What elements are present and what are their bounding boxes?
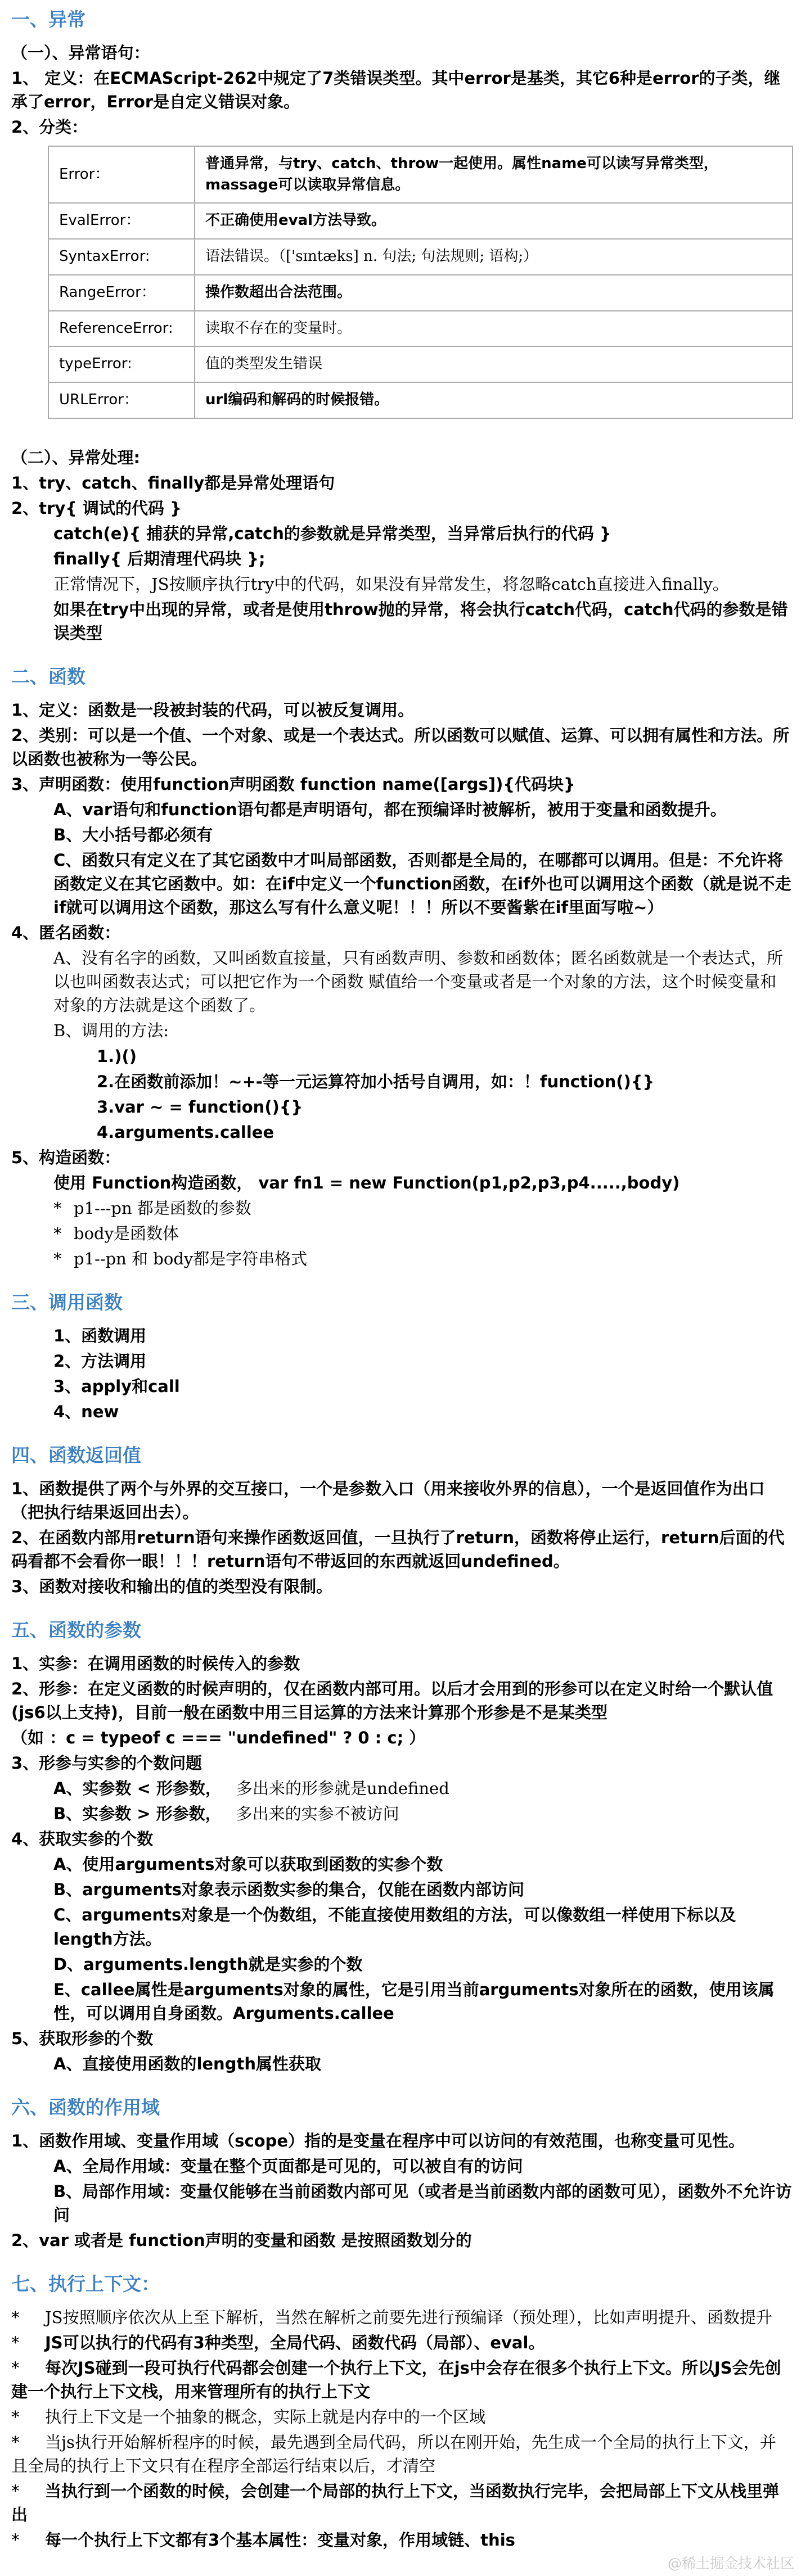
section-heading: 七、执行上下文： bbox=[0, 2272, 796, 2297]
paragraph: 3、apply和call bbox=[0, 1375, 796, 1398]
paragraph: B、arguments对象表示函数实参的集合，仅能在函数内部访问 bbox=[0, 1878, 796, 1901]
watermark: @稀土掘金技术社区 bbox=[668, 2552, 794, 2573]
paragraph: 3、形参与实参的个数问题 bbox=[0, 1751, 796, 1775]
paragraph-text: A、使用arguments对象可以获取到函数的实参个数 bbox=[53, 1855, 443, 1874]
paragraph-text: 3.var ~ = function(){} bbox=[97, 1097, 303, 1117]
paragraph: D、arguments.length就是实参的个数 bbox=[0, 1953, 796, 1976]
paragraph: （一）、异常语句： bbox=[0, 41, 796, 65]
paragraph-text: 4.arguments.callee bbox=[97, 1123, 274, 1142]
paragraph-text: 1、函数作用域、变量作用域（scope）指的是变量在程序中可以访问的有效范围，也… bbox=[11, 2131, 745, 2150]
paragraph: 2.在函数前添加！~+-等一元运算符加小括号自调用，如：！function(){… bbox=[0, 1070, 796, 1093]
paragraph-text: 正常情况下，JS按顺序执行try中的代码，如果没有异常发生，将忽略catch直接… bbox=[53, 575, 729, 594]
paragraph: E、callee属性是arguments对象的属性，它是引用当前argument… bbox=[0, 1978, 796, 2025]
paragraph: 3、函数对接收和输出的值的类型没有限制。 bbox=[0, 1575, 796, 1598]
paragraph: A、全局作用域：变量在整个页面都是可见的，可以被自有的访问 bbox=[0, 2154, 796, 2178]
paragraph-text: 1、函数调用 bbox=[53, 1326, 146, 1345]
paragraph-text: body是函数体 bbox=[74, 1224, 179, 1243]
bullet-marker: * bbox=[11, 2405, 45, 2429]
paragraph-text: 2、在函数内部用return语句来操作函数返回值，一旦执行了return，函数将… bbox=[11, 1528, 784, 1571]
section-heading: 二、函数 bbox=[0, 665, 796, 689]
paragraph: 如果在try中出现的异常，或者是使用throw抛的异常，将会执行catch代码，… bbox=[0, 598, 796, 645]
paragraph-text-light: 多出来的实参不被访问 bbox=[236, 1804, 399, 1823]
paragraph-text: 4、获取实参的个数 bbox=[11, 1829, 153, 1849]
paragraph-text: 2、分类： bbox=[11, 117, 88, 137]
paragraph: 1、函数调用 bbox=[0, 1324, 796, 1348]
bullet-marker: * bbox=[53, 1247, 74, 1271]
paragraph-text: A、直接使用函数的length属性获取 bbox=[53, 2054, 321, 2073]
paragraph: 4、获取实参的个数 bbox=[0, 1827, 796, 1851]
table-row: EvalError：不正确使用eval方法导致。 bbox=[48, 203, 793, 239]
paragraph-text: 每一个执行上下文都有3个基本属性：变量对象，作用域链、this bbox=[45, 2530, 515, 2550]
paragraph-text-light: 多出来的形参就是undefined bbox=[236, 1779, 449, 1798]
bullet-marker: * bbox=[11, 2528, 45, 2552]
error-name-cell: URLError： bbox=[48, 382, 195, 418]
section-heading: 六、函数的作用域 bbox=[0, 2096, 796, 2120]
paragraph: 2、var 或者是 function声明的变量和函数 是按照函数划分的 bbox=[0, 2229, 796, 2252]
paragraph-text: 当执行到一个函数的时候，会创建一个局部的执行上下文，当函数执行完毕，会把局部上下… bbox=[11, 2482, 779, 2524]
paragraph-text: p1---pn 都是函数的参数 bbox=[74, 1199, 251, 1218]
paragraph: 4、new bbox=[0, 1400, 796, 1423]
error-name-cell: EvalError： bbox=[48, 203, 195, 239]
paragraph: 2、方法调用 bbox=[0, 1349, 796, 1373]
section-heading: 三、调用函数 bbox=[0, 1291, 796, 1315]
paragraph-text: B、大小括号都必须有 bbox=[53, 825, 213, 844]
paragraph: finally{ 后期清理代码块 }; bbox=[0, 547, 796, 571]
paragraph: *JS按照顺序依次从上至下解析，当然在解析之前要先进行预编译（预处理），比如声明… bbox=[0, 2306, 796, 2329]
paragraph: *body是函数体 bbox=[0, 1222, 796, 1245]
paragraph: *当js执行开始解析程序的时候，最先遇到全局代码，所以在刚开始，先生成一个全局的… bbox=[0, 2430, 796, 2478]
paragraph-text: A、实参数 < 形参数， bbox=[53, 1779, 222, 1798]
paragraph-text: 1、函数提供了两个与外界的交互接口，一个是参数入口（用来接收外界的信息），一个是… bbox=[11, 1479, 765, 1522]
paragraph: 2、在函数内部用return语句来操作函数返回值，一旦执行了return，函数将… bbox=[0, 1526, 796, 1573]
paragraph: 5、获取形参的个数 bbox=[0, 2027, 796, 2050]
bullet-marker: * bbox=[53, 1222, 74, 1245]
paragraph: 1、try、catch、finally都是异常处理语句 bbox=[0, 471, 796, 495]
section-heading: 五、函数的参数 bbox=[0, 1619, 796, 1643]
paragraph: *执行上下文是一个抽象的概念，实际上就是内存中的一个区域 bbox=[0, 2405, 796, 2429]
error-name-cell: SyntaxError: bbox=[48, 239, 195, 275]
paragraph: 4.arguments.callee bbox=[0, 1120, 796, 1144]
paragraph: A、实参数 < 形参数，多出来的形参就是undefined bbox=[0, 1777, 796, 1800]
paragraph-text: 1、try、catch、finally都是异常处理语句 bbox=[11, 473, 335, 492]
error-name-cell: typeError: bbox=[48, 346, 195, 382]
paragraph: 3、声明函数：使用function声明函数 function name([arg… bbox=[0, 772, 796, 796]
paragraph: 1、定义：函数是一段被封装的代码，可以被反复调用。 bbox=[0, 698, 796, 722]
paragraph: *每一个执行上下文都有3个基本属性：变量对象，作用域链、this bbox=[0, 2528, 796, 2552]
paragraph-text: 当js执行开始解析程序的时候，最先遇到全局代码，所以在刚开始，先生成一个全局的执… bbox=[11, 2433, 776, 2475]
error-types-table: Error：普通异常，与try、catch、throw一起使用。属性name可以… bbox=[48, 146, 793, 419]
bullet-marker: * bbox=[11, 2479, 45, 2503]
bullet-marker: * bbox=[53, 1196, 74, 1220]
paragraph-text: B、arguments对象表示函数实参的集合，仅能在函数内部访问 bbox=[53, 1880, 524, 1899]
paragraph-text: 2.在函数前添加！~+-等一元运算符加小括号自调用，如：！function(){… bbox=[97, 1072, 654, 1091]
error-desc-cell: 值的类型发生错误 bbox=[195, 346, 793, 382]
section-heading: 一、异常 bbox=[0, 8, 796, 32]
bullet-marker: * bbox=[11, 2356, 45, 2380]
paragraph: （二）、异常处理: bbox=[0, 446, 796, 469]
paragraph-text: 3、声明函数：使用function声明函数 function name([arg… bbox=[11, 775, 575, 794]
paragraph: 3.var ~ = function(){} bbox=[0, 1095, 796, 1119]
paragraph: C、函数只有定义在了其它函数中才叫局部函数，否则都是全局的，在哪都可以调用。但是… bbox=[0, 848, 796, 919]
error-desc-cell: 普通异常，与try、catch、throw一起使用。属性name可以读写异常类型… bbox=[195, 146, 793, 203]
paragraph: *每次JS碰到一段可执行代码都会创建一个执行上下文，在js中会存在很多个执行上下… bbox=[0, 2356, 796, 2403]
paragraph-text: 如果在try中出现的异常，或者是使用throw抛的异常，将会执行catch代码，… bbox=[53, 600, 788, 643]
error-desc-cell: 读取不存在的变量时。 bbox=[195, 311, 793, 347]
paragraph-text: 2、var 或者是 function声明的变量和函数 是按照函数划分的 bbox=[11, 2231, 472, 2250]
paragraph-text: p1--pn 和 body都是字符串格式 bbox=[74, 1249, 307, 1268]
paragraph-text: D、arguments.length就是实参的个数 bbox=[53, 1955, 363, 1974]
paragraph-text: （如 ：c = typeof c === "undefined" ? 0 : c… bbox=[11, 1728, 425, 1747]
paragraph-text: 每次JS碰到一段可执行代码都会创建一个执行上下文，在js中会存在很多个执行上下文… bbox=[11, 2358, 781, 2401]
paragraph-text: catch(e){ 捕获的异常,catch的参数就是异常类型，当异常后执行的代码… bbox=[53, 524, 611, 543]
paragraph: *p1--pn 和 body都是字符串格式 bbox=[0, 1247, 796, 1271]
paragraph-text: B、调用的方法: bbox=[53, 1021, 169, 1040]
paragraph: 2、try{ 调试的代码 } bbox=[0, 496, 796, 520]
paragraph-text: A、没有名字的函数，又叫函数直接量，只有函数声明、参数和函数体；匿名函数就是一个… bbox=[53, 948, 783, 1015]
paragraph: B、局部作用域：变量仅能够在当前函数内部可见（或者是当前函数内部的函数可见），函… bbox=[0, 2180, 796, 2227]
paragraph: 5、构造函数： bbox=[0, 1146, 796, 1169]
error-desc-cell: 不正确使用eval方法导致。 bbox=[195, 203, 793, 239]
table-row: typeError:值的类型发生错误 bbox=[48, 346, 793, 382]
paragraph-text: 1.)() bbox=[97, 1047, 137, 1066]
paragraph-text: 1、实参：在调用函数的时候传入的参数 bbox=[11, 1654, 300, 1673]
paragraph-text: 2、方法调用 bbox=[53, 1352, 146, 1371]
paragraph-text: C、函数只有定义在了其它函数中才叫局部函数，否则都是全局的，在哪都可以调用。但是… bbox=[53, 851, 791, 917]
error-desc-cell: url编码和解码的时候报错。 bbox=[195, 382, 793, 418]
paragraph: *当执行到一个函数的时候，会创建一个局部的执行上下文，当函数执行完毕，会把局部上… bbox=[0, 2479, 796, 2527]
paragraph: *p1---pn 都是函数的参数 bbox=[0, 1196, 796, 1220]
paragraph-text: 使用 Function构造函数， var fn1 = new Function(… bbox=[53, 1173, 679, 1192]
document-content: 一、异常（一）、异常语句：1、 定义：在ECMAScript-262中规定了7类… bbox=[0, 8, 796, 2552]
paragraph: A、直接使用函数的length属性获取 bbox=[0, 2052, 796, 2076]
paragraph-text: 2、类别：可以是一个值、一个对象、或是一个表达式。所以函数可以赋值、运算、可以拥… bbox=[11, 726, 789, 769]
paragraph: 正常情况下，JS按顺序执行try中的代码，如果没有异常发生，将忽略catch直接… bbox=[0, 572, 796, 596]
paragraph-text: E、callee属性是arguments对象的属性，它是引用当前argument… bbox=[53, 1980, 775, 2023]
paragraph: 2、形参：在定义函数的时候声明的，仅在函数内部可用。以后才会用到的形参可以在定义… bbox=[0, 1677, 796, 1724]
paragraph: 1、函数提供了两个与外界的交互接口，一个是参数入口（用来接收外界的信息），一个是… bbox=[0, 1477, 796, 1524]
paragraph-text: A、var语句和function语句都是声明语句，都在预编译时被解析，被用于变量… bbox=[53, 800, 727, 819]
bullet-marker: * bbox=[11, 2331, 45, 2354]
paragraph: *JS可以执行的代码有3种类型，全局代码、函数代码（局部）、eval。 bbox=[0, 2331, 796, 2354]
table-row: URLError：url编码和解码的时候报错。 bbox=[48, 382, 793, 418]
error-desc-cell: 操作数超出合法范围。 bbox=[195, 275, 793, 311]
paragraph: 1.)() bbox=[0, 1045, 796, 1068]
paragraph-text: B、实参数 > 形参数， bbox=[53, 1804, 222, 1823]
error-name-cell: ReferenceError: bbox=[48, 311, 195, 347]
paragraph: （如 ：c = typeof c === "undefined" ? 0 : c… bbox=[0, 1726, 796, 1750]
table-row: RangeError：操作数超出合法范围。 bbox=[48, 275, 793, 311]
bullet-marker: * bbox=[11, 2306, 45, 2329]
paragraph: 1、 定义：在ECMAScript-262中规定了7类错误类型。其中error是… bbox=[0, 66, 796, 114]
paragraph: B、调用的方法: bbox=[0, 1019, 796, 1042]
paragraph: 2、分类： bbox=[0, 115, 796, 139]
paragraph: A、使用arguments对象可以获取到函数的实参个数 bbox=[0, 1852, 796, 1876]
paragraph-text: 5、获取形参的个数 bbox=[11, 2029, 153, 2048]
paragraph: B、大小括号都必须有 bbox=[0, 823, 796, 847]
paragraph-text: 1、 定义：在ECMAScript-262中规定了7类错误类型。其中error是… bbox=[11, 69, 781, 111]
paragraph-text: 1、定义：函数是一段被封装的代码，可以被反复调用。 bbox=[11, 701, 414, 720]
paragraph-text: （一）、异常语句： bbox=[11, 43, 150, 62]
paragraph-text: A、全局作用域：变量在整个页面都是可见的，可以被自有的访问 bbox=[53, 2157, 523, 2176]
paragraph-text: （二）、异常处理: bbox=[11, 448, 140, 467]
paragraph: catch(e){ 捕获的异常,catch的参数就是异常类型，当异常后执行的代码… bbox=[0, 522, 796, 545]
paragraph: C、arguments对象是一个伪数组，不能直接使用数组的方法，可以像数组一样使… bbox=[0, 1903, 796, 1950]
table-row: ReferenceError:读取不存在的变量时。 bbox=[48, 311, 793, 347]
paragraph-text: 3、apply和call bbox=[53, 1377, 180, 1396]
paragraph-text: 4、匿名函数： bbox=[11, 923, 120, 942]
paragraph-text: C、arguments对象是一个伪数组，不能直接使用数组的方法，可以像数组一样使… bbox=[53, 1905, 736, 1948]
document-page: 一、异常（一）、异常语句：1、 定义：在ECMAScript-262中规定了7类… bbox=[0, 0, 801, 2576]
paragraph-text: 3、形参与实参的个数问题 bbox=[11, 1754, 202, 1773]
paragraph: 2、类别：可以是一个值、一个对象、或是一个表达式。所以函数可以赋值、运算、可以拥… bbox=[0, 724, 796, 771]
paragraph-text: 2、形参：在定义函数的时候声明的，仅在函数内部可用。以后才会用到的形参可以在定义… bbox=[11, 1679, 773, 1722]
paragraph-text: JS按照顺序依次从上至下解析，当然在解析之前要先进行预编译（预处理），比如声明提… bbox=[45, 2308, 772, 2327]
paragraph-text: finally{ 后期清理代码块 }; bbox=[53, 549, 265, 568]
paragraph-text: 4、new bbox=[53, 1402, 119, 1421]
table-row: SyntaxError:语法错误。（['sɪntæks] n. 句法; 句法规则… bbox=[48, 239, 793, 275]
section-heading: 四、函数返回值 bbox=[0, 1444, 796, 1468]
paragraph-text: 3、函数对接收和输出的值的类型没有限制。 bbox=[11, 1577, 332, 1596]
paragraph: 使用 Function构造函数， var fn1 = new Function(… bbox=[0, 1171, 796, 1195]
paragraph: 1、实参：在调用函数的时候传入的参数 bbox=[0, 1652, 796, 1675]
error-name-cell: Error： bbox=[48, 146, 195, 203]
paragraph-text: JS可以执行的代码有3种类型，全局代码、函数代码（局部）、eval。 bbox=[45, 2333, 544, 2352]
paragraph: A、没有名字的函数，又叫函数直接量，只有函数声明、参数和函数体；匿名函数就是一个… bbox=[0, 946, 796, 1017]
paragraph-text: B、局部作用域：变量仅能够在当前函数内部可见（或者是当前函数内部的函数可见），函… bbox=[53, 2182, 792, 2225]
paragraph-text: 5、构造函数： bbox=[11, 1148, 120, 1167]
paragraph: B、实参数 > 形参数，多出来的实参不被访问 bbox=[0, 1802, 796, 1825]
paragraph: A、var语句和function语句都是声明语句，都在预编译时被解析，被用于变量… bbox=[0, 798, 796, 821]
table-row: Error：普通异常，与try、catch、throw一起使用。属性name可以… bbox=[48, 146, 793, 203]
error-name-cell: RangeError： bbox=[48, 275, 195, 311]
error-desc-cell: 语法错误。（['sɪntæks] n. 句法; 句法规则; 语构;） bbox=[195, 239, 793, 275]
paragraph-text: 2、try{ 调试的代码 } bbox=[11, 499, 182, 518]
paragraph-text: 执行上下文是一个抽象的概念，实际上就是内存中的一个区域 bbox=[45, 2407, 485, 2426]
paragraph: 1、函数作用域、变量作用域（scope）指的是变量在程序中可以访问的有效范围，也… bbox=[0, 2129, 796, 2153]
paragraph: 4、匿名函数： bbox=[0, 921, 796, 944]
bullet-marker: * bbox=[11, 2430, 45, 2454]
